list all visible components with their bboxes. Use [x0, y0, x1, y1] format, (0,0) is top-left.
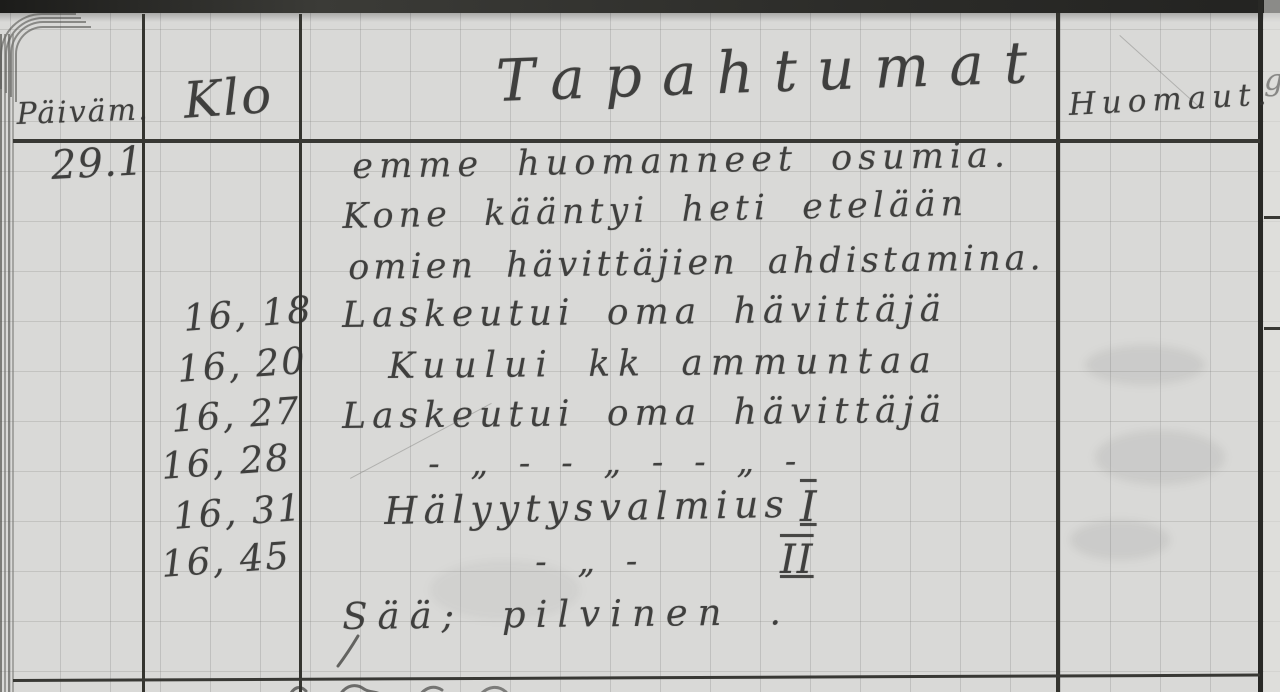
page-edge-line	[8, 34, 10, 692]
header-date-column: Päiväm.	[16, 95, 150, 130]
row-divider-bottom	[13, 674, 1260, 682]
entry-text: Hälyytysvalmius	[384, 485, 790, 530]
bleedthrough-smudge	[430, 560, 580, 620]
scan-edge-shadow	[0, 13, 1280, 22]
entry-text: Laskeutui oma hävittäjä	[342, 393, 947, 435]
header-events-column: Tapahtumat	[495, 33, 1048, 110]
bleedthrough-smudge	[1085, 345, 1205, 385]
header-remarks-column: Huomaut.	[1068, 79, 1273, 121]
page-corner-curve	[15, 26, 91, 102]
entry-text: Kone kääntyi heti etelään	[342, 187, 969, 235]
entry-time: 16, 28	[160, 439, 292, 485]
entry-text-ditto-marks: - „ - - „ - - „ -	[428, 444, 798, 481]
scan-top-edge	[0, 0, 1280, 13]
adjacent-page-rule	[1264, 327, 1280, 330]
page-edge-line	[0, 34, 2, 692]
page-edge-line	[12, 34, 14, 692]
bleedthrough-smudge	[1095, 430, 1225, 485]
adjacent-page-rule	[1264, 216, 1280, 219]
entry-date: 29.1	[50, 141, 145, 186]
alert-level-mark-two: II	[780, 540, 814, 580]
entry-text: Laskeutui oma hävittäjä	[342, 292, 947, 334]
entry-text: emme huomanneet osumia.	[352, 139, 1011, 185]
entry-text: omien hävittäjien ahdistamina.	[348, 241, 1045, 286]
column-rule-events-remarks	[1056, 13, 1060, 692]
entry-time: 16, 18	[182, 291, 314, 337]
entry-time: 16, 45	[160, 537, 292, 583]
alert-level-mark-one: I	[800, 486, 817, 528]
entry-time: 16, 27	[170, 392, 302, 438]
bleedthrough-smudge	[1070, 520, 1170, 560]
entry-text: Kuului kk ammuntaa	[388, 343, 939, 385]
entry-time: 16, 20	[176, 342, 308, 388]
page-edge-line	[4, 34, 6, 692]
stray-pencil-stroke	[332, 634, 372, 668]
header-time-column: Klo	[182, 70, 275, 126]
cutoff-handwriting	[280, 683, 640, 692]
entry-time: 16, 31	[172, 489, 304, 535]
logbook-page-scan: g Päiväm. Klo Tapahtumat Huomaut. 29.1 1…	[0, 0, 1280, 692]
